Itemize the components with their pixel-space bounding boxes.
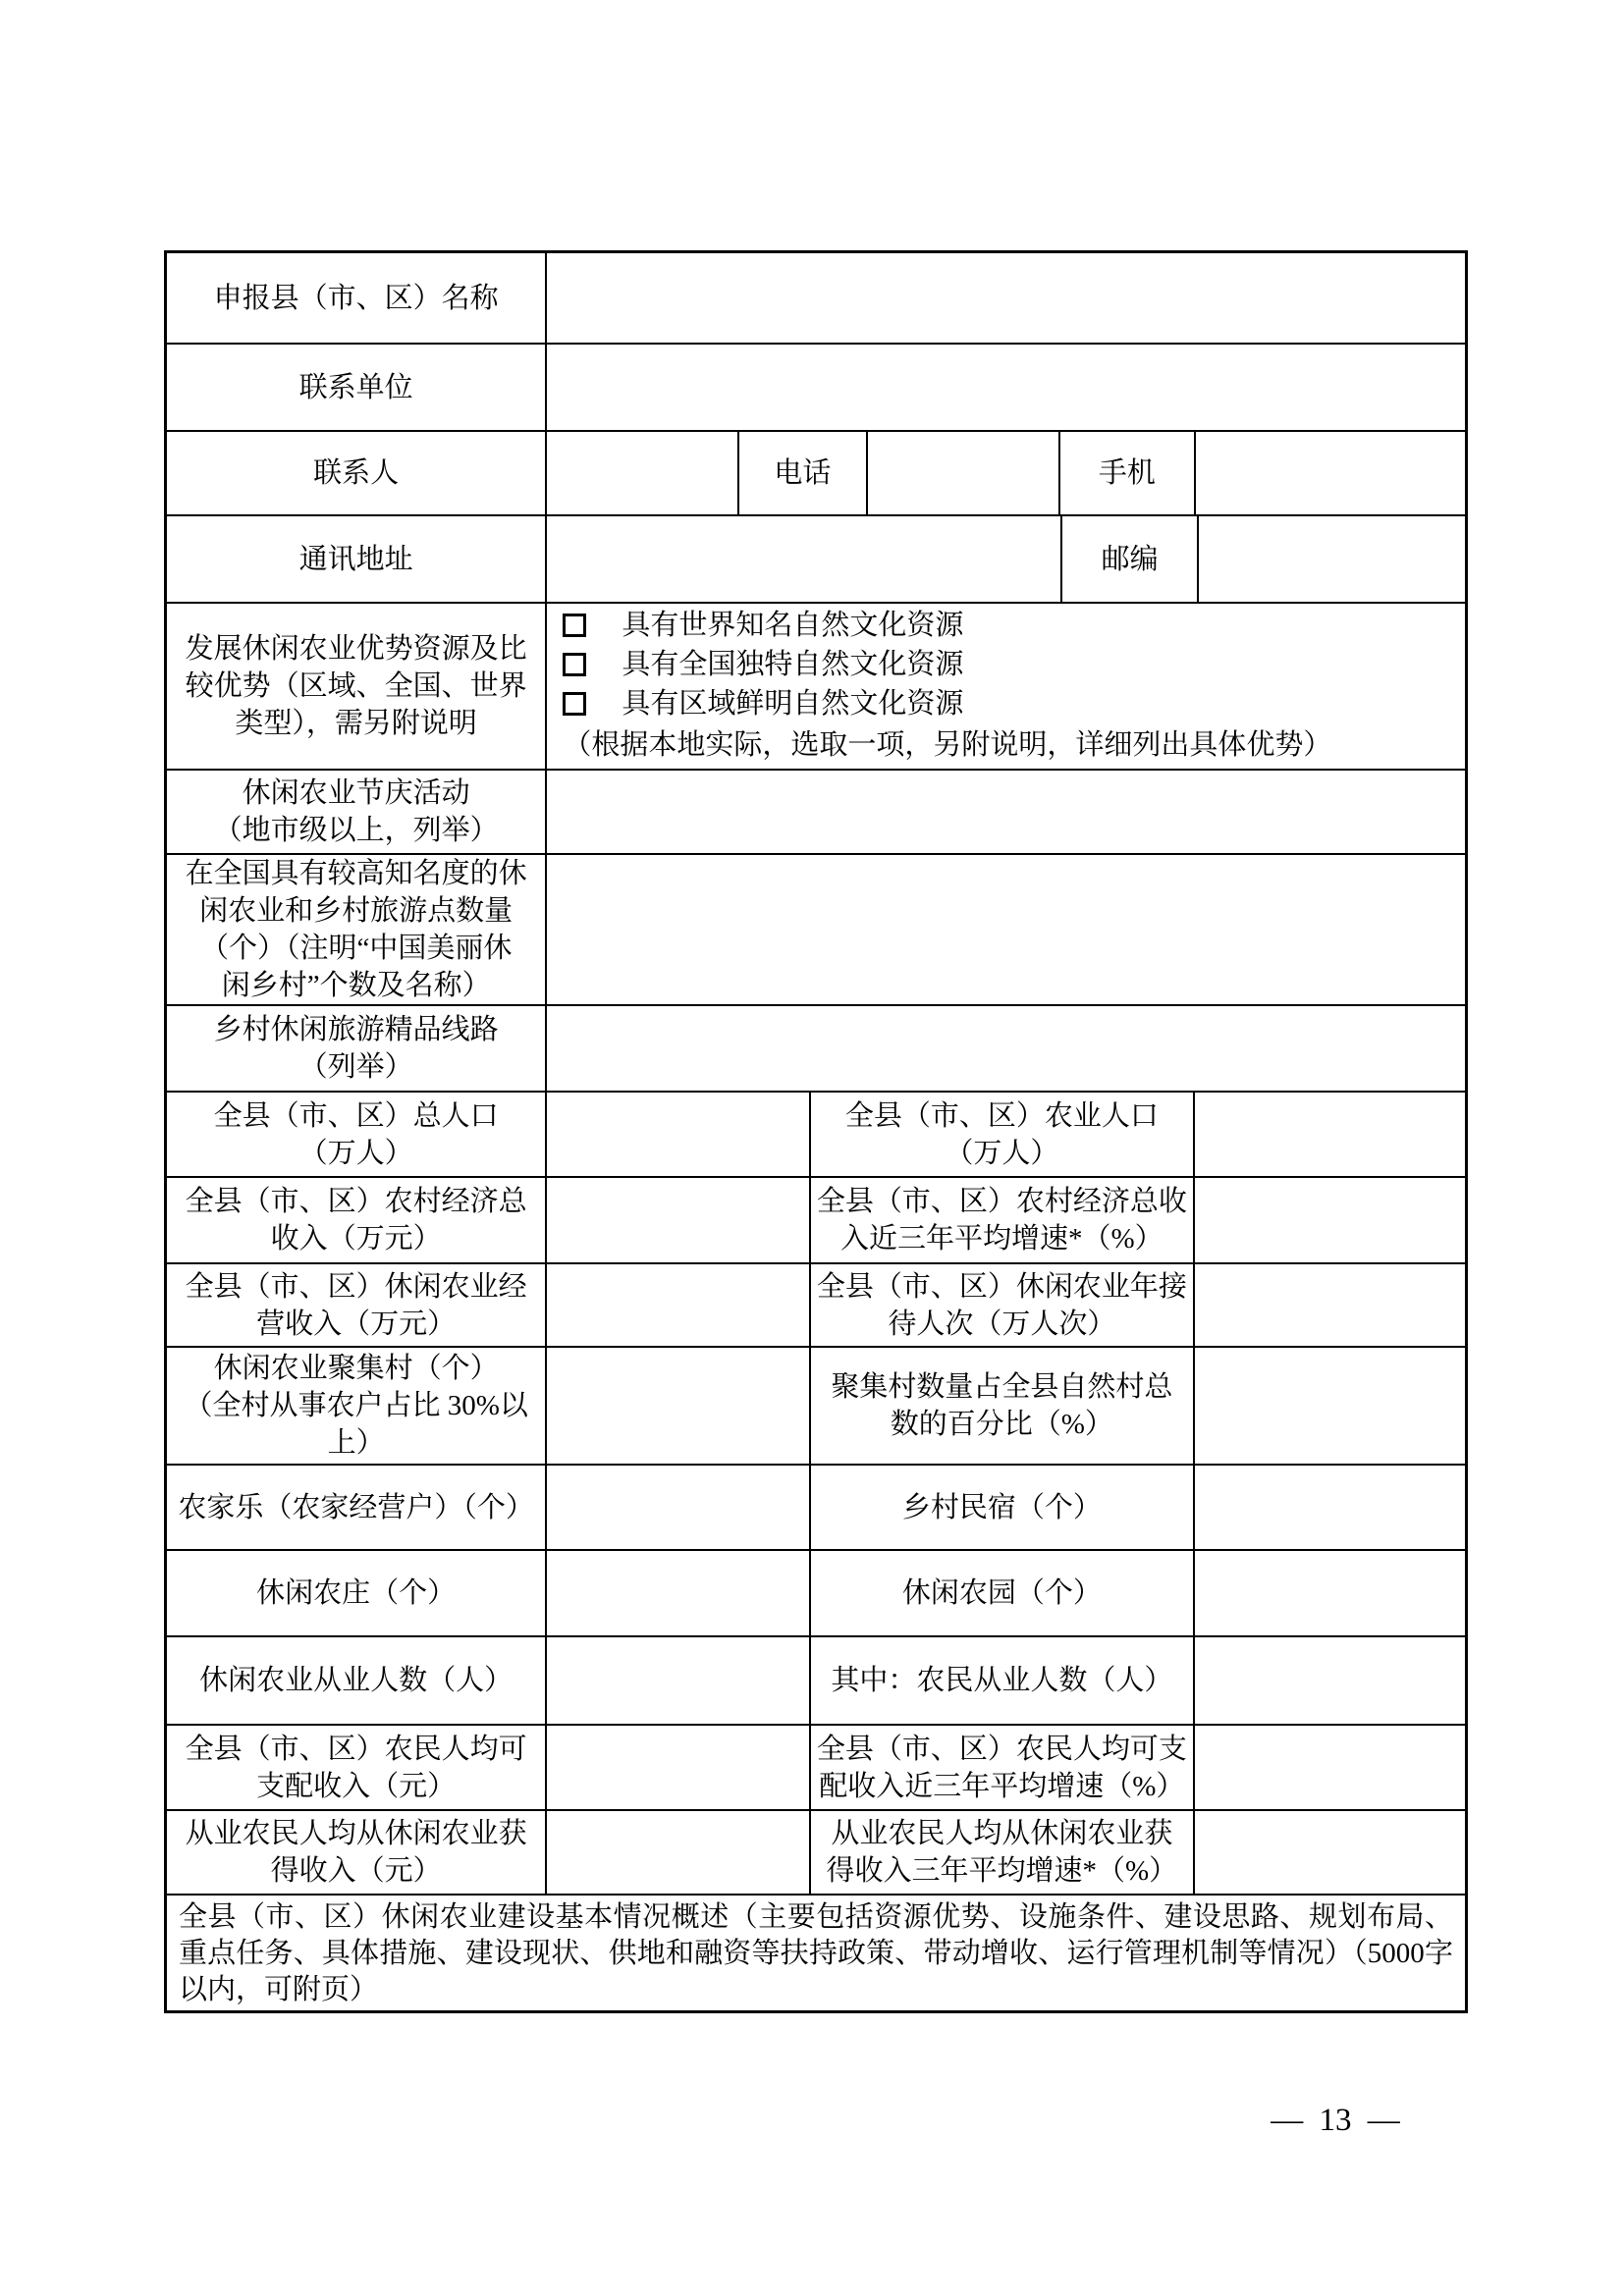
row-leisure-farm: 休闲农庄（个） 休闲农园（个） (167, 1551, 1465, 1637)
row-cluster-villages: 休闲农业聚集村（个） （全村从事农户占比 30%以 上） 聚集村数量占全县自然村… (167, 1348, 1465, 1466)
label-disposable-income: 全县（市、区）农民人均可 支配收入（元） (167, 1726, 547, 1809)
label-income-from-leisure-growth: 从业农民人均从休闲农业获 得收入三年平均增速*（%） (811, 1811, 1195, 1894)
value-employees-count (547, 1637, 810, 1724)
label-contact-unit: 联系单位 (167, 345, 547, 430)
label-phone: 电话 (739, 432, 868, 514)
checkbox-icon (563, 614, 586, 637)
label-homestay-count: 乡村民宿（个） (811, 1466, 1195, 1549)
value-mailing-address (547, 516, 1062, 602)
checkbox-option-label: 具有世界知名自然文化资源 (622, 607, 963, 644)
checkbox-icon (563, 692, 586, 716)
value-farmhouse-count (547, 1466, 810, 1549)
document-page: 申报县（市、区）名称 联系单位 联系人 电话 手机 通讯地址 邮编 发展休闲农业… (0, 0, 1623, 2296)
value-leisure-agriculture-income (547, 1264, 810, 1346)
label-leisure-agriculture-income: 全县（市、区）休闲农业经 营收入（万元） (167, 1264, 547, 1346)
label-festival-activities: 休闲农业节庆活动 （地市级以上，列举） (167, 771, 547, 853)
checkbox-option-world: 具有世界知名自然文化资源 (563, 606, 963, 645)
value-farmer-employees-count (1195, 1637, 1465, 1724)
row-mailing-address: 通讯地址 邮编 (167, 516, 1465, 604)
label-rural-economy-income: 全县（市、区）农村经济总 收入（万元） (167, 1178, 547, 1262)
value-total-population (547, 1093, 810, 1176)
label-cluster-villages: 休闲农业聚集村（个） （全村从事农户占比 30%以 上） (167, 1348, 547, 1464)
label-rural-economy-income-growth: 全县（市、区）农村经济总收 入近三年平均增速*（%） (811, 1178, 1195, 1262)
checkbox-option-national: 具有全国独特自然文化资源 (563, 645, 963, 684)
row-income-from-leisure: 从业农民人均从休闲农业获 得收入（元） 从业农民人均从休闲农业获 得收入三年平均… (167, 1811, 1465, 1896)
label-contact-person: 联系人 (167, 432, 547, 514)
label-construction-overview: 全县（市、区）休闲农业建设基本情况概述（主要包括资源优势、设施条件、建设思路、规… (167, 1896, 1465, 2010)
label-advantage-resources: 发展休闲农业优势资源及比 较优势（区域、全国、世界 类型），需另附说明 (167, 604, 547, 769)
row-rural-economy-income: 全县（市、区）农村经济总 收入（万元） 全县（市、区）农村经济总收 入近三年平均… (167, 1178, 1465, 1264)
value-homestay-count (1195, 1466, 1465, 1549)
value-disposable-income-growth (1195, 1726, 1465, 1809)
value-income-from-leisure-growth (1195, 1811, 1465, 1894)
value-rural-economy-income-growth (1195, 1178, 1465, 1262)
label-applicant-county-name: 申报县（市、区）名称 (167, 253, 547, 343)
label-postcode: 邮编 (1062, 516, 1199, 602)
value-income-from-leisure (547, 1811, 810, 1894)
checkbox-option-label: 具有区域鲜明自然文化资源 (622, 685, 963, 722)
label-famous-tourism-sites: 在全国具有较高知名度的休 闲农业和乡村旅游点数量 （个）（注明“中国美丽休 闲乡… (167, 855, 547, 1004)
value-festival-activities (547, 771, 1465, 853)
label-agricultural-population: 全县（市、区）农业人口 （万人） (811, 1093, 1195, 1176)
value-applicant-county-name (547, 253, 1465, 343)
row-population: 全县（市、区）总人口 （万人） 全县（市、区）农业人口 （万人） (167, 1093, 1465, 1178)
label-farmer-employees-count: 其中：农民从业人数（人） (811, 1637, 1195, 1724)
value-contact-person (547, 432, 739, 514)
value-disposable-income (547, 1726, 810, 1809)
label-leisure-farm-count: 休闲农庄（个） (167, 1551, 547, 1635)
row-contact-person: 联系人 电话 手机 (167, 432, 1465, 516)
value-agricultural-population (1195, 1093, 1465, 1176)
row-employees: 休闲农业从业人数（人） 其中：农民从业人数（人） (167, 1637, 1465, 1726)
value-annual-visitors (1195, 1264, 1465, 1346)
advantage-resources-options: 具有世界知名自然文化资源 具有全国独特自然文化资源 具有区域鲜明自然文化资源 （… (547, 604, 1465, 769)
value-mobile (1196, 432, 1465, 514)
value-famous-tourism-sites (547, 855, 1465, 1004)
row-advantage-resources: 发展休闲农业优势资源及比 较优势（区域、全国、世界 类型），需另附说明 具有世界… (167, 604, 1465, 771)
value-leisure-garden-count (1195, 1551, 1465, 1635)
label-cluster-villages-percentage: 聚集村数量占全县自然村总 数的百分比（%） (811, 1348, 1195, 1464)
label-leisure-garden-count: 休闲农园（个） (811, 1551, 1195, 1635)
row-contact-unit: 联系单位 (167, 345, 1465, 432)
value-rural-economy-income (547, 1178, 810, 1262)
label-mailing-address: 通讯地址 (167, 516, 547, 602)
label-farmhouse-count: 农家乐（农家经营户）（个） (167, 1466, 547, 1549)
value-postcode (1199, 516, 1465, 602)
row-festival-activities: 休闲农业节庆活动 （地市级以上，列举） (167, 771, 1465, 855)
application-form-table: 申报县（市、区）名称 联系单位 联系人 电话 手机 通讯地址 邮编 发展休闲农业… (164, 250, 1468, 2013)
checkbox-icon (563, 653, 586, 676)
checkbox-option-label: 具有全国独特自然文化资源 (622, 646, 963, 683)
page-number: — 13 — (1247, 2101, 1424, 2140)
label-employees-count: 休闲农业从业人数（人） (167, 1637, 547, 1724)
options-note: （根据本地实际，选取一项，另附说明，详细列出具体优势） (563, 723, 1331, 767)
row-farmhouse: 农家乐（农家经营户）（个） 乡村民宿（个） (167, 1466, 1465, 1551)
value-leisure-farm-count (547, 1551, 810, 1635)
row-boutique-routes: 乡村休闲旅游精品线路 （列举） (167, 1006, 1465, 1093)
value-cluster-villages-percentage (1195, 1348, 1465, 1464)
label-boutique-routes: 乡村休闲旅游精品线路 （列举） (167, 1006, 547, 1091)
label-income-from-leisure: 从业农民人均从休闲农业获 得收入（元） (167, 1811, 547, 1894)
value-cluster-villages (547, 1348, 810, 1464)
row-applicant-county: 申报县（市、区）名称 (167, 253, 1465, 345)
row-leisure-agriculture-income: 全县（市、区）休闲农业经 营收入（万元） 全县（市、区）休闲农业年接 待人次（万… (167, 1264, 1465, 1348)
label-total-population: 全县（市、区）总人口 （万人） (167, 1093, 547, 1176)
label-mobile: 手机 (1060, 432, 1197, 514)
checkbox-option-regional: 具有区域鲜明自然文化资源 (563, 684, 963, 723)
row-overview: 全县（市、区）休闲农业建设基本情况概述（主要包括资源优势、设施条件、建设思路、规… (167, 1896, 1465, 2010)
value-boutique-routes (547, 1006, 1465, 1091)
row-disposable-income: 全县（市、区）农民人均可 支配收入（元） 全县（市、区）农民人均可支 配收入近三… (167, 1726, 1465, 1811)
value-contact-unit (547, 345, 1465, 430)
row-famous-tourism-sites: 在全国具有较高知名度的休 闲农业和乡村旅游点数量 （个）（注明“中国美丽休 闲乡… (167, 855, 1465, 1006)
label-annual-visitors: 全县（市、区）休闲农业年接 待人次（万人次） (811, 1264, 1195, 1346)
label-disposable-income-growth: 全县（市、区）农民人均可支 配收入近三年平均增速（%） (811, 1726, 1195, 1809)
value-phone (868, 432, 1060, 514)
